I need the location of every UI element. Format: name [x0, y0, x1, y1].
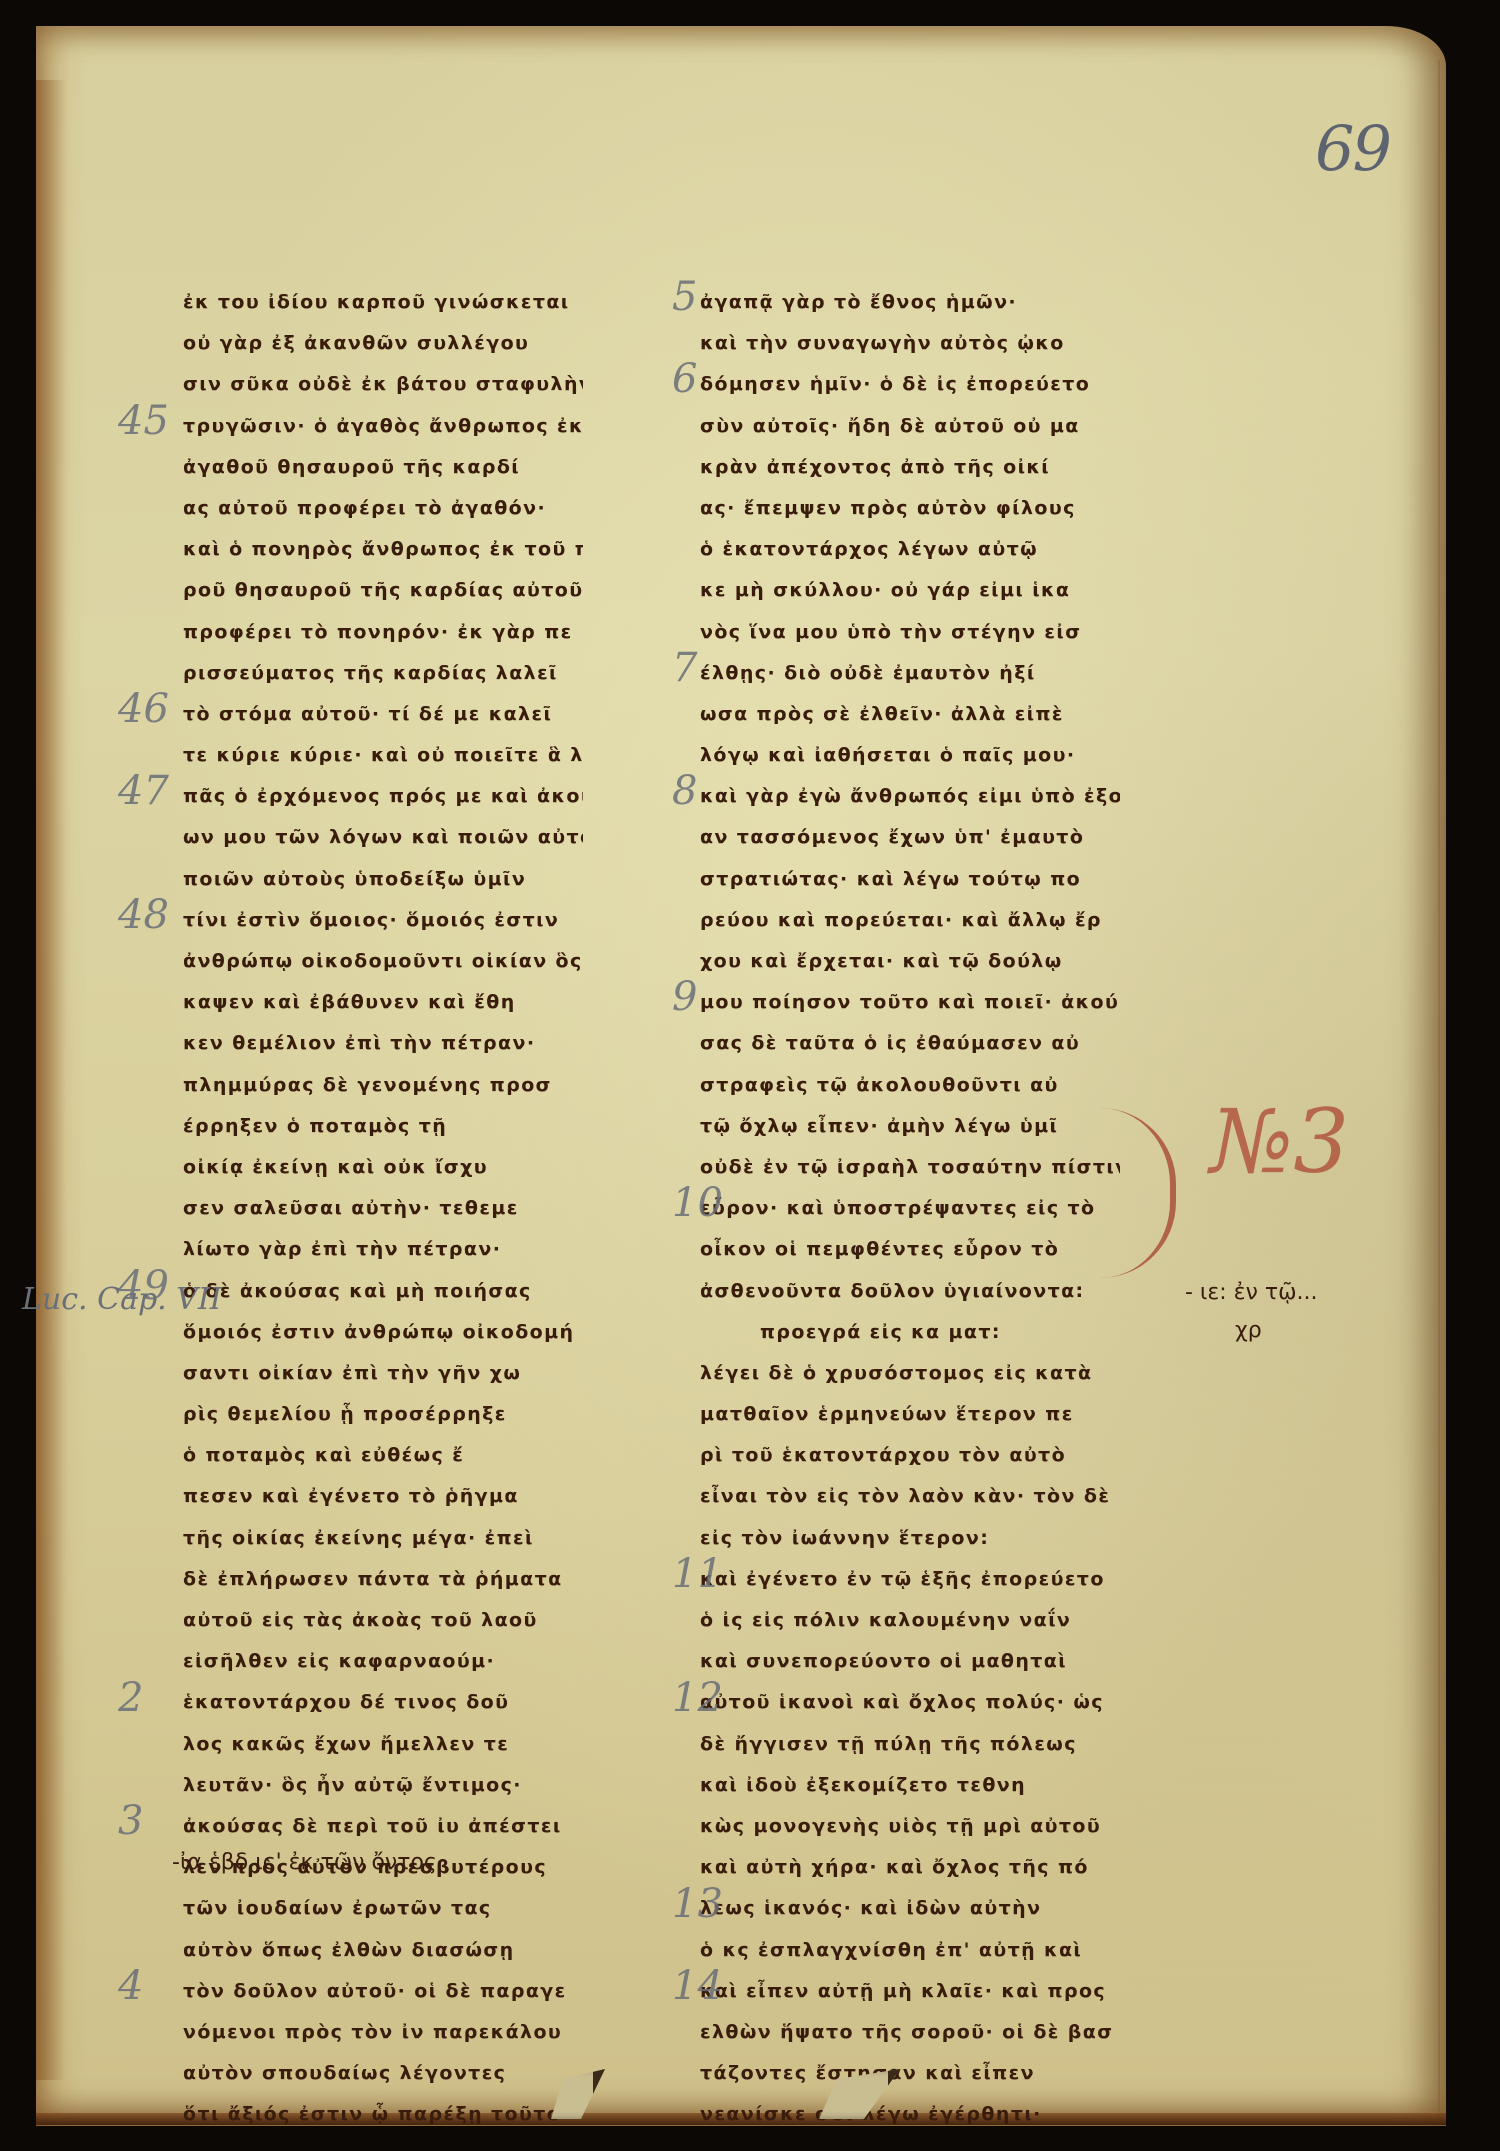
text-line: τάζοντες ἔστησαν καὶ εἶπεν: [700, 2053, 1120, 2094]
text-line: ἀγαθοῦ θησαυροῦ τῆς καρδί: [183, 447, 583, 488]
text-line: λόγῳ καὶ ἰαθήσεται ὁ παῖς μου·: [700, 735, 1120, 776]
text-line: ρὶς θεμελίου ᾗ προσέρρηξε: [183, 1394, 583, 1435]
text-line: τῷ ὄχλῳ εἶπεν· ἀμὴν λέγω ὑμῖ: [700, 1106, 1120, 1147]
text-line: ἀσθενοῦντα δοῦλον ὑγιαίνοντα:: [700, 1271, 1120, 1312]
text-line: τίνι ἐστὶν ὅμοιος· ὅμοιός ἐστιν: [183, 900, 583, 941]
text-line: λευτᾶν· ὃς ἦν αὐτῷ ἔντιμος·: [183, 1765, 583, 1806]
text-line: αὐτὸν ὅπως ἐλθὼν διασώσῃ: [183, 1930, 583, 1971]
verse-number: 14: [672, 1963, 723, 2009]
text-line: ας αὐτοῦ προφέρει τὸ ἀγαθόν·: [183, 488, 583, 529]
text-line: ἐκ του ἰδίου καρποῦ γινώσκεται: [183, 282, 583, 323]
text-line: καψεν καὶ ἐβάθυνεν καὶ ἔθη: [183, 982, 583, 1023]
text-line: νὸς ἵνα μου ὑπὸ τὴν στέγην εἰσ: [700, 612, 1120, 653]
bottom-margin-note: -ἰα ἑβδ ις' ἐκ τῶν ὄντος: [172, 1850, 437, 1875]
verse-number: 13: [672, 1881, 723, 1927]
text-line: νεανίσκε σοὶ λέγω ἐγέρθητι·: [700, 2094, 1120, 2135]
right-margin-note-2: χρ: [1235, 1318, 1262, 1343]
text-line: πεσεν καὶ ἐγένετο τὸ ῥῆγμα: [183, 1476, 583, 1517]
text-line: ὁ ἰς εἰς πόλιν καλουμένην ναΐν: [700, 1600, 1120, 1641]
text-line: ωσα πρὸς σὲ ἐλθεῖν· ἀλλὰ εἰπὲ: [700, 694, 1120, 735]
verse-number: 6: [672, 356, 697, 402]
text-line: ρὶ τοῦ ἑκατοντάρχου τὸν αὐτὸ: [700, 1435, 1120, 1476]
text-line: λος κακῶς ἔχων ἤμελλεν τε: [183, 1724, 583, 1765]
text-line: ἑκατοντάρχου δέ τινος δοῦ: [183, 1682, 583, 1723]
text-line: νόμενοι πρὸς τὸν ἰν παρεκάλου: [183, 2012, 583, 2053]
text-line: καὶ ὁ πονηρὸς ἄνθρωπος ἐκ τοῦ πονη: [183, 529, 583, 570]
text-line: ποιῶν αὐτοὺς ὑποδείξω ὑμῖν: [183, 859, 583, 900]
text-line: τῆς οἰκίας ἐκείνης μέγα· ἐπεὶ: [183, 1518, 583, 1559]
text-line: λέγει δὲ ὁ χρυσόστομος εἰς κατὰ: [700, 1353, 1120, 1394]
text-line: ὅμοιός ἐστιν ἀνθρώπῳ οἰκοδομή: [183, 1312, 583, 1353]
text-line: χου καὶ ἔρχεται· καὶ τῷ δούλῳ: [700, 941, 1120, 982]
text-line: δὲ ἐπλήρωσεν πάντα τὰ ῥήματα: [183, 1559, 583, 1600]
text-line: δόμησεν ἡμῖν· ὁ δὲ ἰς ἐπορεύετο: [700, 364, 1120, 405]
right-margin-note: - ιε: ἐν τῷ...: [1185, 1280, 1318, 1305]
text-line: καὶ τὴν συναγωγὴν αὐτὸς ᾠκο: [700, 323, 1120, 364]
text-line: εἰσῆλθεν εἰς καφαρναούμ·: [183, 1641, 583, 1682]
text-line: προεγρά εἰς κα ματ:: [700, 1312, 1120, 1353]
text-line: ροῦ θησαυροῦ τῆς καρδίας αὐτοῦ: [183, 570, 583, 611]
text-line: έρρηξεν ὁ ποταμὸς τῇ: [183, 1106, 583, 1147]
text-line: στραφεὶς τῷ ἀκολουθοῦντι αὐ: [700, 1065, 1120, 1106]
text-line: τρυγῶσιν· ὁ ἀγαθὸς ἄνθρωπος ἐκ τοῦ: [183, 406, 583, 447]
verse-number: 5: [672, 274, 697, 320]
text-line: λίωτο γὰρ ἐπὶ τὴν πέτραν·: [183, 1229, 583, 1270]
text-line: ρισσεύματος τῆς καρδίας λαλεῖ: [183, 653, 583, 694]
verse-number: 46: [118, 686, 169, 732]
text-line: εἶναι τὸν εἰς τὸν λαὸν κὰν· τὸν δὲ: [700, 1476, 1120, 1517]
text-line: οἶκον οἱ πεμφθέντες εὗρον τὸ: [700, 1229, 1120, 1270]
text-line: μου ποίησον τοῦτο καὶ ποιεῖ· ἀκού: [700, 982, 1120, 1023]
binding-stain: [36, 80, 66, 2080]
text-line: σιν σῦκα οὐδὲ ἐκ βάτου σταφυλὴν: [183, 364, 583, 405]
verse-number: 47: [118, 768, 169, 814]
text-line: οἰκίᾳ ἐκείνῃ καὶ οὐκ ἴσχυ: [183, 1147, 583, 1188]
text-line: πλημμύρας δὲ γενομένης προσ: [183, 1065, 583, 1106]
text-line: ρεύου καὶ πορεύεται· καὶ ἄλλῳ ἔρ: [700, 900, 1120, 941]
text-line: αὐτοῦ ἱκανοὶ καὶ ὄχλος πολύς· ὡς: [700, 1682, 1120, 1723]
right-text-column: ἀγαπᾷ γὰρ τὸ ἔθνος ἡμῶν·καὶ τὴν συναγωγὴ…: [700, 282, 1120, 2135]
text-line: εὗρον· καὶ ὑποστρέψαντες εἰς τὸ: [700, 1188, 1120, 1229]
text-line: οὐδὲ ἐν τῷ ἰσραὴλ τοσαύτην πίστιν: [700, 1147, 1120, 1188]
text-line: αὐτὸν σπουδαίως λέγοντες: [183, 2053, 583, 2094]
verse-number: 7: [672, 645, 697, 691]
verse-number: 10: [672, 1180, 723, 1226]
text-line: καὶ ἐγένετο ἐν τῷ ἑξῆς ἐπορεύετο: [700, 1559, 1120, 1600]
text-line: ματθαῖον ἑρμηνεύων ἕτερον πε: [700, 1394, 1120, 1435]
text-line: κὼς μονογενὴς υἱὸς τῇ μρὶ αὐτοῦ: [700, 1806, 1120, 1847]
text-line: ὁ ποταμὸς καὶ εὐθέως ἔ: [183, 1435, 583, 1476]
verse-number: 9: [672, 974, 697, 1020]
text-line: καὶ ἰδοὺ ἐξεκομίζετο τεθνη: [700, 1765, 1120, 1806]
text-line: αὐτοῦ εἰς τὰς ἀκοὰς τοῦ λαοῦ: [183, 1600, 583, 1641]
text-line: κεν θεμέλιον ἐπὶ τὴν πέτραν·: [183, 1023, 583, 1064]
text-line: λεως ἱκανός· καὶ ἰδὼν αὐτὴν: [700, 1888, 1120, 1929]
text-line: προφέρει τὸ πονηρόν· ἐκ γὰρ πε: [183, 612, 583, 653]
verse-number: 11: [672, 1551, 723, 1597]
text-line: τὸ στόμα αὐτοῦ· τί δέ με καλεῖ: [183, 694, 583, 735]
text-line: ὁ ἑκατοντάρχος λέγων αὐτῷ: [700, 529, 1120, 570]
verse-number: 8: [672, 768, 697, 814]
text-line: τε κύριε κύριε· καὶ οὐ ποιεῖτε ἃ λέγω·: [183, 735, 583, 776]
verse-number: 3: [118, 1798, 143, 1844]
text-line: ἀκούσας δὲ περὶ τοῦ ἰυ ἀπέστει: [183, 1806, 583, 1847]
text-line: ων μου τῶν λόγων καὶ ποιῶν αὐτούς: [183, 817, 583, 858]
red-number-mark: №3: [1210, 1090, 1349, 1193]
verse-number: 2: [118, 1675, 143, 1721]
text-line: ὅτι ἄξιός ἐστιν ᾧ παρέξῃ τοῦτο: [183, 2094, 583, 2135]
text-line: οὐ γὰρ ἐξ ἀκανθῶν συλλέγου: [183, 323, 583, 364]
text-line: σας δὲ ταῦτα ὁ ἰς ἐθαύμασεν αὐ: [700, 1023, 1120, 1064]
text-line: σεν σαλεῦσαι αὐτὴν· τεθεμε: [183, 1188, 583, 1229]
text-line: δὲ ἤγγισεν τῇ πύλῃ τῆς πόλεως: [700, 1724, 1120, 1765]
text-line: σαντι οἰκίαν ἐπὶ τὴν γῆν χω: [183, 1353, 583, 1394]
text-line: κε μὴ σκύλλου· οὐ γάρ εἰμι ἱκα: [700, 570, 1120, 611]
text-line: ἀνθρώπῳ οἰκοδομοῦντι οἰκίαν ὃς ἔσ: [183, 941, 583, 982]
text-line: ὁ δὲ ἀκούσας καὶ μὴ ποιήσας: [183, 1271, 583, 1312]
text-line: στρατιώτας· καὶ λέγω τούτῳ πο: [700, 859, 1120, 900]
text-line: καὶ αὐτὴ χήρα· καὶ ὄχλος τῆς πό: [700, 1847, 1120, 1888]
text-line: έλθῃς· διὸ οὐδὲ ἐμαυτὸν ἠξί: [700, 653, 1120, 694]
text-line: ελθὼν ἥψατο τῆς σοροῦ· οἱ δὲ βασ: [700, 2012, 1120, 2053]
page-fold-line: [1438, 60, 1440, 2120]
text-line: αν τασσόμενος ἔχων ὑπ' ἐμαυτὸ: [700, 817, 1120, 858]
text-line: ὁ κς ἐσπλαγχνίσθη ἐπ' αὐτῇ καὶ: [700, 1930, 1120, 1971]
text-line: καὶ γὰρ ἐγὼ ἄνθρωπός εἰμι ὑπὸ ἐξουσί: [700, 776, 1120, 817]
verse-number: 45: [118, 398, 169, 444]
text-line: ἀγαπᾷ γὰρ τὸ ἔθνος ἡμῶν·: [700, 282, 1120, 323]
text-line: καὶ συνεπορεύοντο οἱ μαθηταὶ: [700, 1641, 1120, 1682]
text-line: καὶ εἶπεν αὐτῇ μὴ κλαῖε· καὶ προς: [700, 1971, 1120, 2012]
text-line: εἰς τὸν ἰωάννην ἕτερον:: [700, 1518, 1120, 1559]
verse-number: 12: [672, 1675, 723, 1721]
chapter-reference-note: Luc. Cap. VII: [22, 1282, 222, 1317]
text-line: ας· ἔπεμψεν πρὸς αὐτὸν φίλους: [700, 488, 1120, 529]
text-line: κρὰν ἀπέχοντος ἀπὸ τῆς οἰκί: [700, 447, 1120, 488]
folio-number: 69: [1315, 112, 1390, 185]
verse-number: 48: [118, 892, 169, 938]
text-line: πᾶς ὁ ἐρχόμενος πρός με καὶ ἀκού: [183, 776, 583, 817]
text-line: τὸν δοῦλον αὐτοῦ· οἱ δὲ παραγε: [183, 1971, 583, 2012]
text-line: σὺν αὐτοῖς· ἤδη δὲ αὐτοῦ οὐ μα: [700, 406, 1120, 447]
text-line: τῶν ἰουδαίων ἐρωτῶν τας: [183, 1888, 583, 1929]
verse-number: 4: [118, 1963, 143, 2009]
